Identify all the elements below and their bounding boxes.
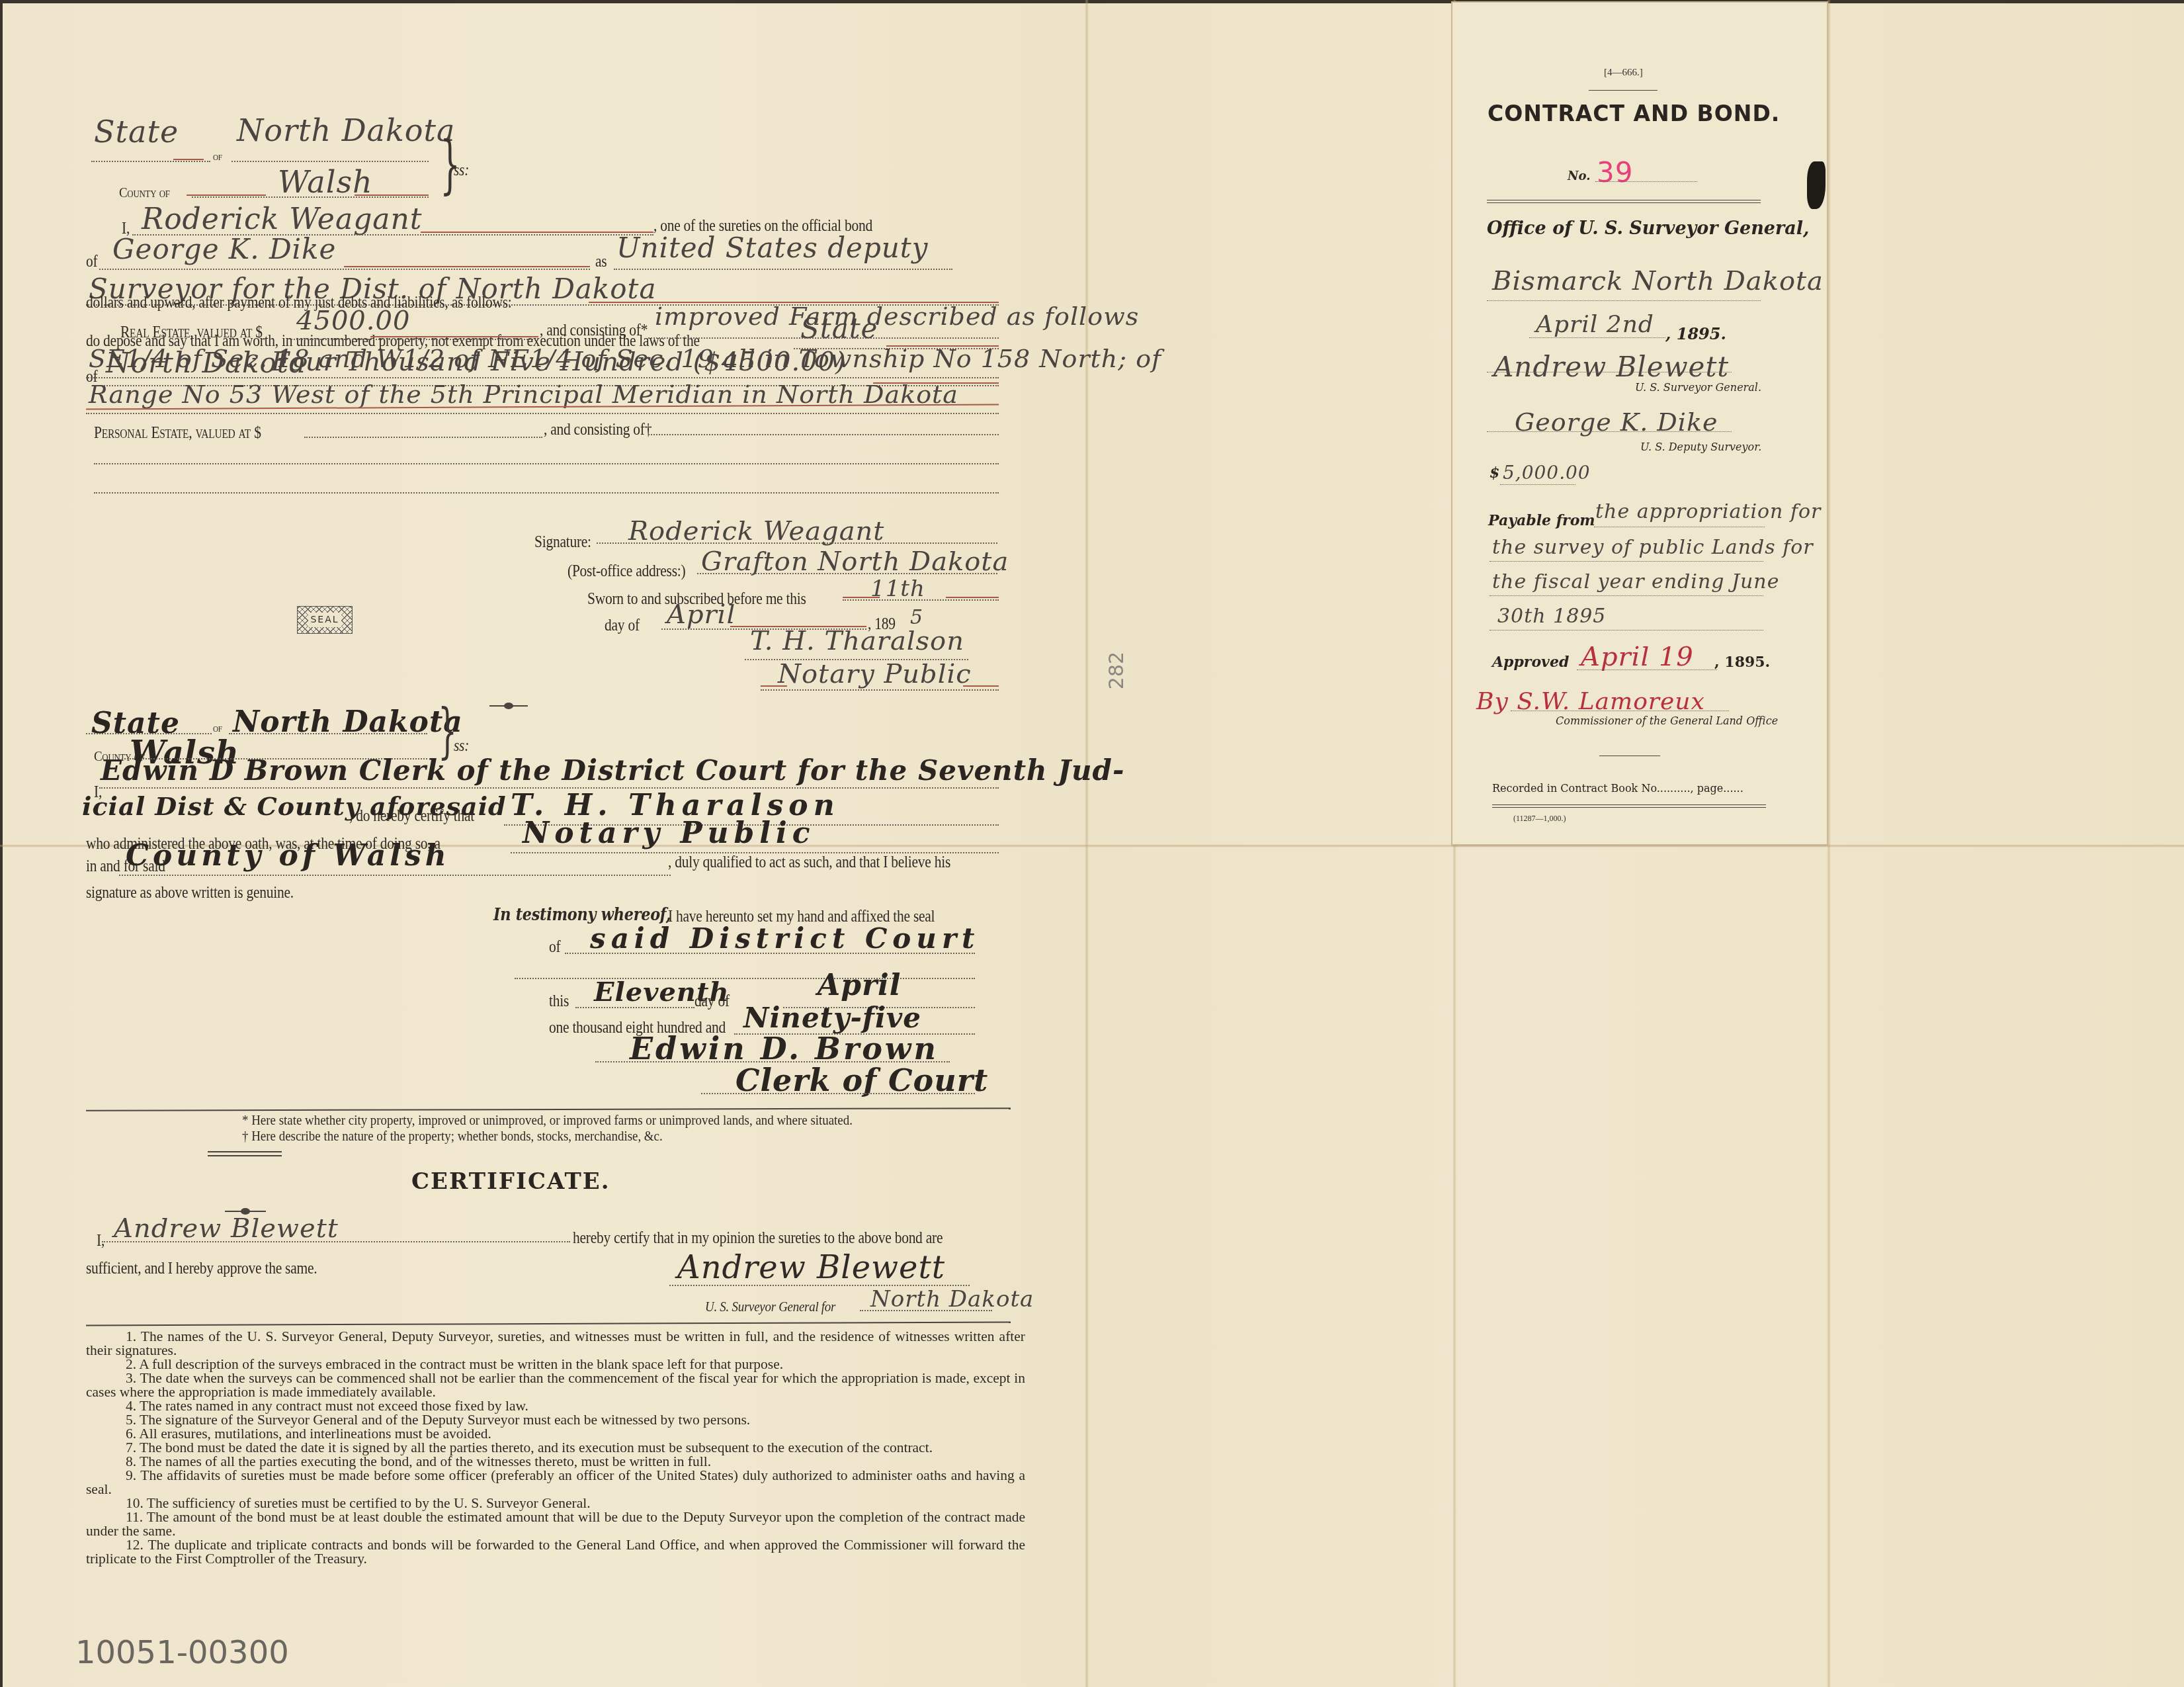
personal-consisting-label: , and consisting of† [544, 421, 651, 439]
approved-year: , 1895. [1714, 654, 1770, 671]
fold-line [1827, 0, 1831, 1687]
principal-name: George K. Dike [112, 233, 336, 265]
payable-line-1: the appropriation for [1595, 500, 1821, 523]
payable-label: Payable from [1488, 512, 1595, 529]
personal-estate-label: Personal Estate, valued at $ [94, 424, 261, 443]
role-line-1: United States deputy [616, 232, 928, 264]
county-label: County of [119, 184, 170, 201]
approved-date: April 19 [1581, 642, 1694, 672]
real-estate-desc-1: improved Farm described as follows [655, 302, 1139, 331]
as-label: as [595, 253, 607, 271]
cover-deputy-signature: George K. Dike [1515, 408, 1718, 437]
instruction-item: 8. The names of all the parties executin… [86, 1455, 1025, 1469]
of-label: of [213, 721, 222, 735]
cover-date-year: , 1895. [1665, 324, 1726, 343]
real-estate-desc-2: SE1/4 of Sec. 18 and W1/2 of NE1/4 of Se… [89, 344, 1161, 373]
surveyor-general-signature: Andrew Blewett [677, 1249, 945, 1286]
amount-prefix: $ [1490, 464, 1499, 482]
ss-label: ss: [454, 737, 469, 756]
archive-number: 10051-00300 [75, 1634, 289, 1671]
contract-number: 39 [1597, 156, 1633, 189]
section-rule [86, 1107, 1011, 1111]
genuine-text: signature as above written is genuine. [86, 884, 294, 902]
office-heading: Office of U. S. Surveyor General, [1487, 218, 1809, 239]
instruction-item: 9. The affidavits of sureties must be ma… [86, 1469, 1025, 1496]
surveyor-general-title-value: North Dakota [870, 1286, 1034, 1313]
document-sheet: State of North Dakota County of Walsh } … [0, 0, 2184, 1687]
consisting-label: , and consisting of* [540, 322, 648, 340]
qualified-text: , duly qualified to act as such, and tha… [668, 853, 950, 872]
of-label: of [549, 938, 560, 957]
notary-signature: T. H. Tharalson [750, 626, 964, 656]
payable-line-3: the fiscal year ending June [1492, 570, 1779, 593]
certificate-name: Andrew Blewett [114, 1213, 339, 1244]
print-code: (11287—1,000.) [1513, 814, 1566, 824]
notary-title: Notary Public [778, 659, 972, 689]
fold-line [1085, 0, 1089, 1687]
clerk-line-1: Edwin D Brown Clerk of the District Cour… [101, 754, 1124, 787]
approve-text: sufficient, and I hereby approve the sam… [86, 1260, 317, 1278]
state-value: North Dakota [237, 112, 455, 148]
payable-line-2: the survey of public Lands for [1492, 536, 1814, 559]
approved-label: Approved [1492, 654, 1569, 671]
footnote-star: * Here state whether city property, impr… [242, 1111, 853, 1129]
section-rule [86, 1322, 1011, 1326]
double-rule [1492, 804, 1766, 808]
instructions-list: 1. The names of the U. S. Surveyor Gener… [86, 1330, 1025, 1566]
deputy-label: U. S. Deputy Surveyor. [1640, 441, 1761, 453]
double-rule [208, 1151, 282, 1156]
form-number: [4—666.] [1604, 67, 1643, 79]
rule [1599, 756, 1660, 756]
day-of-label: day of [605, 617, 640, 635]
surveyor-general-label: U. S. Surveyor General. [1635, 381, 1761, 394]
seal-of-value: said District Court [590, 922, 980, 955]
of-label: of [86, 253, 97, 271]
footnote-dagger: † Here describe the nature of the proper… [242, 1127, 663, 1145]
instruction-item: 1. The names of the U. S. Surveyor Gener… [86, 1330, 1025, 1358]
sworn-day: 11th [870, 576, 925, 602]
surveyor-general-title-label: U. S. Surveyor General for [705, 1298, 835, 1315]
ornament-divider [489, 703, 528, 709]
clerk-notary-title: Notary Public [523, 816, 816, 850]
instruction-item: 12. The duplicate and triplicate contrac… [86, 1538, 1025, 1566]
paper-top-edge [0, 0, 2184, 3]
no-label: No. [1568, 169, 1590, 183]
sworn-month: April [667, 599, 735, 630]
cover-amount: 5,000.00 [1503, 462, 1591, 484]
instruction-item: 2. A full description of the surveys emb… [86, 1358, 1025, 1371]
instruction-item: 4. The rates named in any contract must … [86, 1399, 1025, 1413]
cover-place: Bismarck North Dakota [1492, 266, 1824, 296]
post-office-label: (Post-office address:) [567, 562, 685, 581]
jurisdiction: County of Walsh [126, 839, 450, 873]
instruction-item: 3. The date when the surveys can be comm… [86, 1371, 1025, 1399]
certificate-title: CERTIFICATE. [411, 1168, 610, 1195]
year-value: Ninety-five [743, 1002, 921, 1034]
double-rule [1487, 200, 1761, 203]
state-handwritten: State [94, 114, 179, 150]
cover-title: CONTRACT AND BOND. [1488, 101, 1780, 126]
cover-date: April 2nd [1536, 311, 1654, 338]
instruction-item: 10. The sufficiency of sureties must be … [86, 1496, 1025, 1510]
rule [1589, 90, 1658, 91]
certify-text: , do hereby certify that [349, 807, 474, 826]
instruction-item: 5. The signature of the Surveyor General… [86, 1413, 1025, 1427]
day-of-label: day of [694, 992, 730, 1011]
instruction-item: 6. All erasures, mutilations, and interl… [86, 1427, 1025, 1441]
certify-text: hereby certify that in my opinion the su… [573, 1229, 943, 1248]
paper-left-edge [0, 0, 3, 1687]
of-label: of [213, 150, 222, 163]
month-value: April [818, 969, 902, 1002]
instruction-item: 7. The bond must be dated the date it is… [86, 1441, 1025, 1455]
notary-seal: SEAL [297, 606, 353, 634]
real-estate-label: Real Estate, valued at $ [120, 324, 263, 342]
instruction-item: 11. The amount of the bond must be at le… [86, 1510, 1025, 1538]
pencil-mark: 282 [1105, 652, 1128, 689]
signature-label: Signature: [534, 533, 591, 552]
surety-name: Roderick Weagant [142, 202, 423, 236]
real-estate-value: 4500.00 [296, 306, 410, 336]
cover-surveyor-general-signature: Andrew Blewett [1493, 351, 1729, 383]
ss-label: ss: [454, 161, 469, 180]
this-label: this [549, 992, 569, 1011]
paper-tear [1807, 161, 1826, 209]
commissioner-label: Commissioner of the General Land Office [1556, 714, 1778, 727]
payable-line-4: 30th 1895 [1497, 605, 1606, 628]
recorded-label: Recorded in Contract Book No.........., … [1492, 782, 1743, 795]
